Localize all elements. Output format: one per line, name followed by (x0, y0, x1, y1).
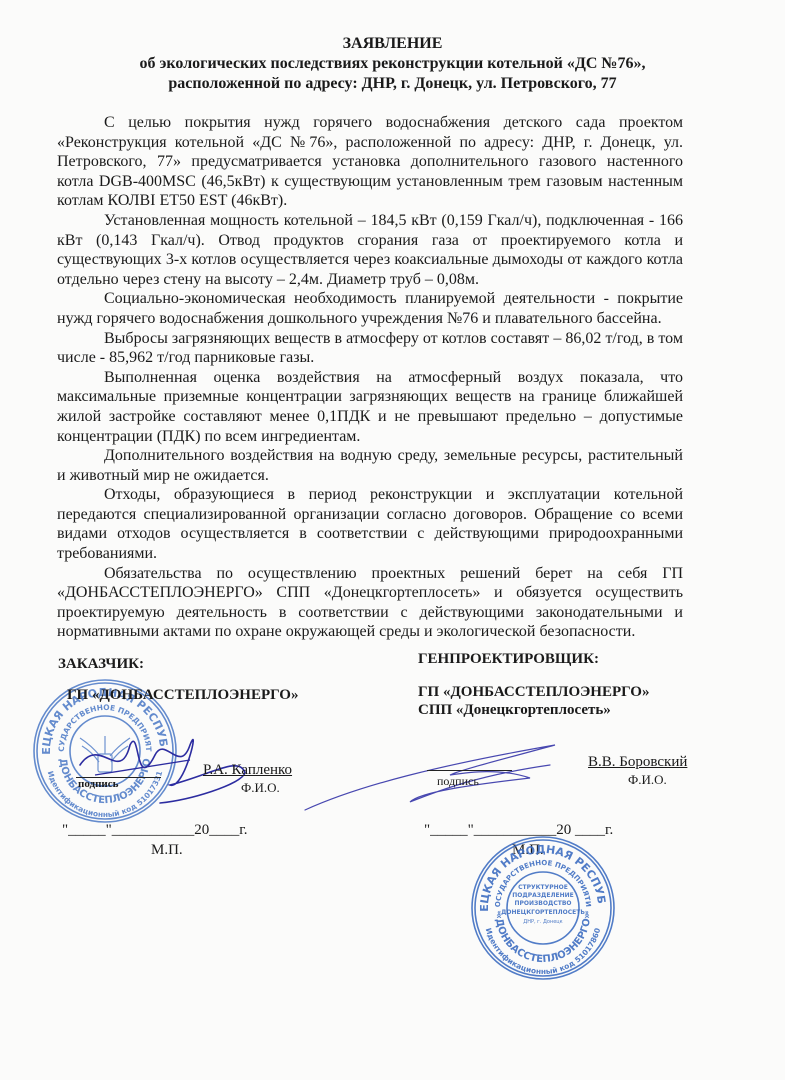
paragraph-air-assessment: Выполненная оценка воздействия на атмосф… (57, 368, 683, 446)
svg-text:СТРУКТУРНОЕ: СТРУКТУРНОЕ (518, 884, 568, 891)
customer-name-label: Ф.И.О. (241, 780, 280, 796)
paragraph-waste: Отходы, образующиеся в период реконструк… (57, 485, 683, 563)
svg-text:«ДОНЕЦКГОРТЕПЛОСЕТЬ»: «ДОНЕЦКГОРТЕПЛОСЕТЬ» (497, 909, 589, 916)
document-heading: ЗАЯВЛЕНИЕ об экологических последствиях … (0, 34, 785, 94)
paragraph-capacity: Установленная мощность котельной – 184,5… (57, 211, 683, 289)
designer-org-line2: СПП «Донецкгортеплосеть» (418, 702, 611, 719)
document-page: ЗАЯВЛЕНИЕ об экологических последствиях … (0, 0, 785, 1080)
document-subtitle-line2: расположенной по адресу: ДНР, г. Донецк,… (0, 74, 785, 94)
designer-role: ГЕНПРОЕКТИРОВЩИК: (418, 651, 599, 668)
svg-text:ПРОИЗВОДСТВО: ПРОИЗВОДСТВО (515, 900, 572, 907)
paragraph-other-impact: Дополнительного воздействия на водную ср… (57, 446, 683, 485)
customer-date-line: "_____"___________20____г. (62, 822, 247, 839)
paragraph-purpose: С целью покрытия нужд горячего водоснабж… (57, 113, 683, 211)
customer-role: ЗАКАЗЧИК: (58, 656, 144, 673)
designer-stamp-icon: ДОНЕЦКАЯ НАРОДНАЯ РЕСПУБЛИКА ГОСУДАРСТВЕ… (468, 833, 618, 983)
designer-name-label: Ф.И.О. (628, 772, 667, 788)
document-title: ЗАЯВЛЕНИЕ (0, 34, 785, 54)
customer-signature-label: подпись (78, 778, 118, 790)
paragraph-obligations: Обязательства по осуществлению проектных… (57, 564, 683, 642)
designer-signature-label: подпись (437, 774, 479, 789)
paragraph-emissions: Выбросы загрязняющих веществ в атмосферу… (57, 329, 683, 368)
svg-text:ПОДРАЗДЕЛЕНИЕ: ПОДРАЗДЕЛЕНИЕ (512, 892, 573, 899)
document-subtitle-line1: об экологических последствиях реконструк… (0, 54, 785, 74)
customer-org: ГП «ДОНБАССТЕПЛОЭНЕРГО» (67, 687, 298, 704)
customer-name: Р.А. Капленко (203, 762, 292, 779)
customer-seal-label: М.П. (151, 842, 183, 859)
designer-org-line1: ГП «ДОНБАССТЕПЛОЭНЕРГО» (418, 684, 649, 701)
designer-signature-line (427, 770, 512, 771)
svg-text:ДНР, г. Донецк: ДНР, г. Донецк (523, 919, 562, 925)
document-body: С целью покрытия нужд горячего водоснабж… (57, 113, 683, 642)
paragraph-social-need: Социально-экономическая необходимость пл… (57, 289, 683, 328)
designer-name: В.В. Боровский (588, 754, 687, 771)
